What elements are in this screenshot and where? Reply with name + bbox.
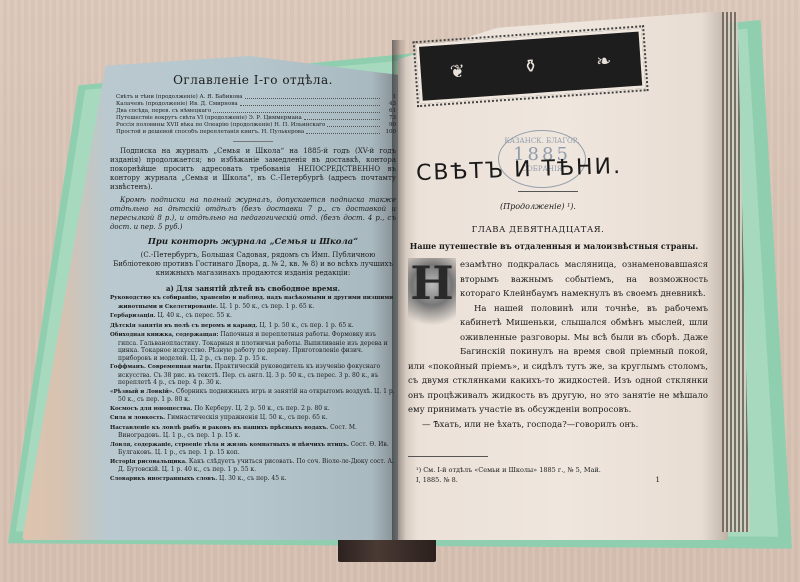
- office-address: (С.-Петербургъ, Большая Садовая, рядомъ …: [110, 251, 396, 278]
- toc-row: Два сосѣда, перев. съ нѣмецкаго61: [116, 108, 396, 115]
- left-page-text: Оглавленіе I-го отдѣла. Свѣтъ и тѣни (пр…: [110, 72, 396, 483]
- divider: [233, 141, 273, 142]
- cherub-icon: ❦: [449, 60, 466, 82]
- toc-row: Свѣтъ и тѣни (продолженіе) А. Я. Бабиков…: [116, 94, 396, 101]
- subscription-notice: Подписка на журналъ „Семья и Школа“ на 1…: [110, 147, 396, 192]
- list-item: Гоффманъ. Современная магія. Практическі…: [110, 363, 396, 387]
- subtitle: (Продолженіе) ¹).: [408, 202, 668, 211]
- book-spine: [338, 538, 436, 562]
- body-text: Н езамѣтно подкралась масляница, ознамен…: [408, 258, 708, 432]
- table-of-contents: Свѣтъ и тѣни (продолженіе) А. Я. Бабиков…: [110, 94, 396, 136]
- list-item: Наставленіе къ ловлѣ рыбъ и раковъ въ на…: [110, 424, 396, 440]
- list-item: Руководство къ собиранію, храненію и наб…: [110, 294, 396, 311]
- vase-icon: ⚱: [522, 55, 539, 77]
- chapter-title: СВѢТЪ И ТѢНИ.: [416, 151, 709, 186]
- right-page-text: ❦ ⚱ ❧ КАЗАНСК. БЛАГОР. 1885 СОБРАНІЯ СВѢ…: [408, 44, 708, 485]
- list-item: Сила и ловкость. Гимнастическія упражнен…: [110, 414, 396, 423]
- toc-row: Простой и дешевой способъ переплетанія к…: [116, 129, 396, 136]
- list-item: Дѣтскія занятія въ полѣ съ перомъ и кара…: [110, 322, 396, 331]
- footnote: ¹) См. I-й отдѣлъ «Семьи и Школы» 1885 г…: [408, 465, 708, 485]
- partial-subscription-notice: Кромѣ подписки на полный журналъ, допуск…: [110, 196, 396, 232]
- toc-row: Путешествіе вокругъ свѣта VI (продолжені…: [116, 115, 396, 122]
- page-number: 1: [656, 475, 660, 485]
- toc-row: Россія половины XVII вѣка по Олеарію (пр…: [116, 122, 396, 129]
- list-item: Исторія рисовальщика. Какъ слѣдуетъ учит…: [110, 458, 396, 474]
- toc-title: Оглавленіе I-го отдѣла.: [110, 72, 396, 88]
- footnote-divider: [408, 456, 488, 457]
- cherub-icon: ❧: [596, 50, 613, 72]
- divider: [518, 191, 578, 192]
- paragraph: — Ѣхать, или не ѣхать, господа?—говорилъ…: [408, 418, 708, 433]
- publication-list: Руководство къ собиранію, храненію и наб…: [110, 294, 396, 483]
- ornamental-drop-cap: Н: [408, 258, 456, 348]
- list-item: Гербаризація. Ц. 40 к., съ перес. 55 к.: [110, 312, 396, 321]
- list-item: Космосъ для юношества. По Керберу. Ц. 2 …: [110, 405, 396, 414]
- section-heading: а) Для занятій дѣтей въ свободное время.: [110, 284, 396, 293]
- toc-row: Калачевъ (продолженіе) Ив. Д. Смирнова43: [116, 101, 396, 108]
- list-item: Обиходная книжка, содержащая: Папочныя и…: [110, 331, 396, 362]
- chapter-number: ГЛАВА ДЕВЯТНАДЦАТАЯ.: [408, 225, 668, 235]
- office-heading: При конторѣ журнала „Семья и Школа“: [110, 238, 396, 247]
- list-item: «Рѣзвый и Ловкій». Сборникъ подвижныхъ и…: [110, 388, 396, 404]
- list-item: Ловля, содержаніе, строеніе тѣла и жизнь…: [110, 441, 396, 457]
- chapter-description: Наше путешествіе въ отдаленныя и малоизв…: [408, 241, 700, 252]
- list-item: Словарикъ иностранныхъ словъ. Ц. 30 к., …: [110, 475, 396, 484]
